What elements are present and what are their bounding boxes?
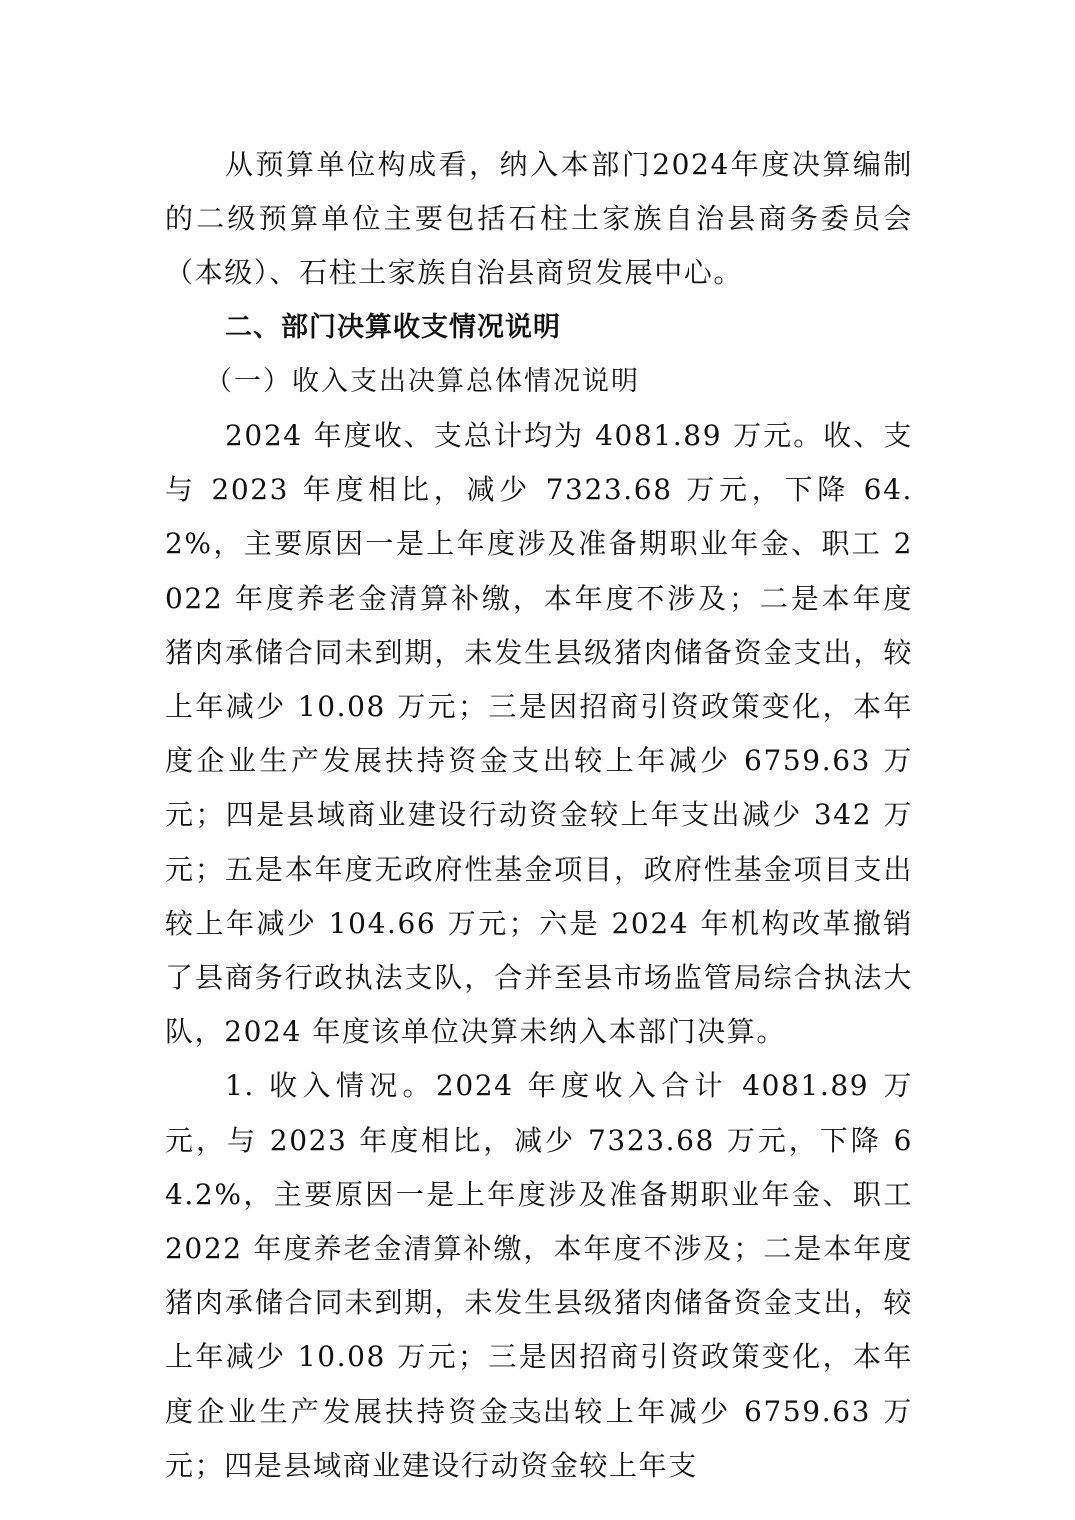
document-body: 从预算单位构成看，纳入本部门2024年度决算编制的二级预算单位主要包括石柱土家族… [165, 138, 913, 1493]
document-page: 从预算单位构成看，纳入本部门2024年度决算编制的二级预算单位主要包括石柱土家族… [0, 0, 1075, 1520]
page-number: － 3 － [0, 1407, 1075, 1428]
paragraph-budget-units: 从预算单位构成看，纳入本部门2024年度决算编制的二级预算单位主要包括石柱土家族… [165, 138, 913, 301]
subsection-heading-overall: （一）收入支出决算总体情况说明 [165, 355, 913, 409]
section-heading-revenue-expenditure: 二、部门决算收支情况说明 [165, 301, 913, 355]
paragraph-income-situation: 1. 收入情况。2024 年度收入合计 4081.89 万元，与 2023 年度… [165, 1059, 913, 1493]
paragraph-overall-totals: 2024 年度收、支总计均为 4081.89 万元。收、支与 2023 年度相比… [165, 409, 913, 1059]
